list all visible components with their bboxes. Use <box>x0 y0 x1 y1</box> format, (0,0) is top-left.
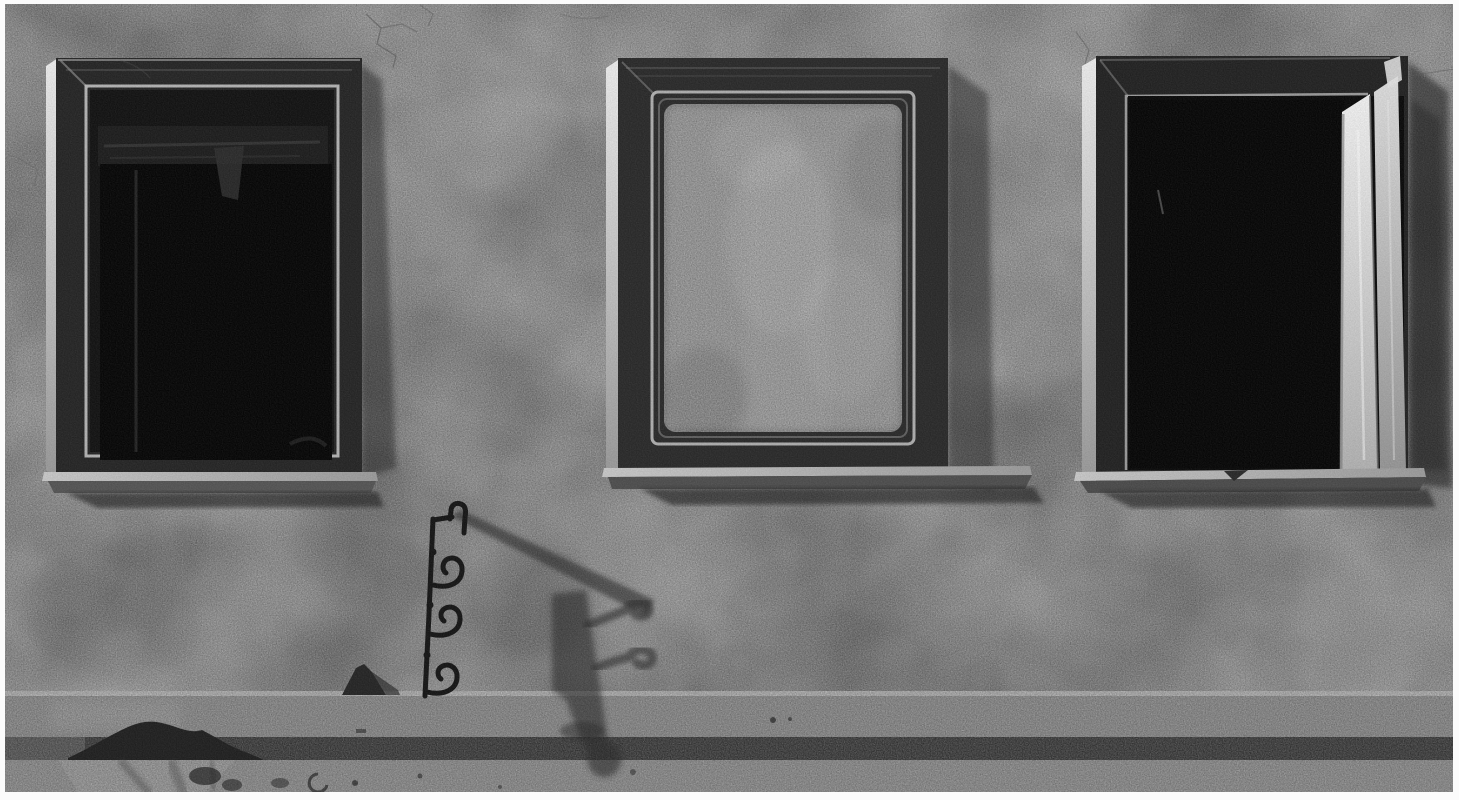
photograph-frame <box>0 0 1459 800</box>
facade-photo <box>0 0 1459 800</box>
